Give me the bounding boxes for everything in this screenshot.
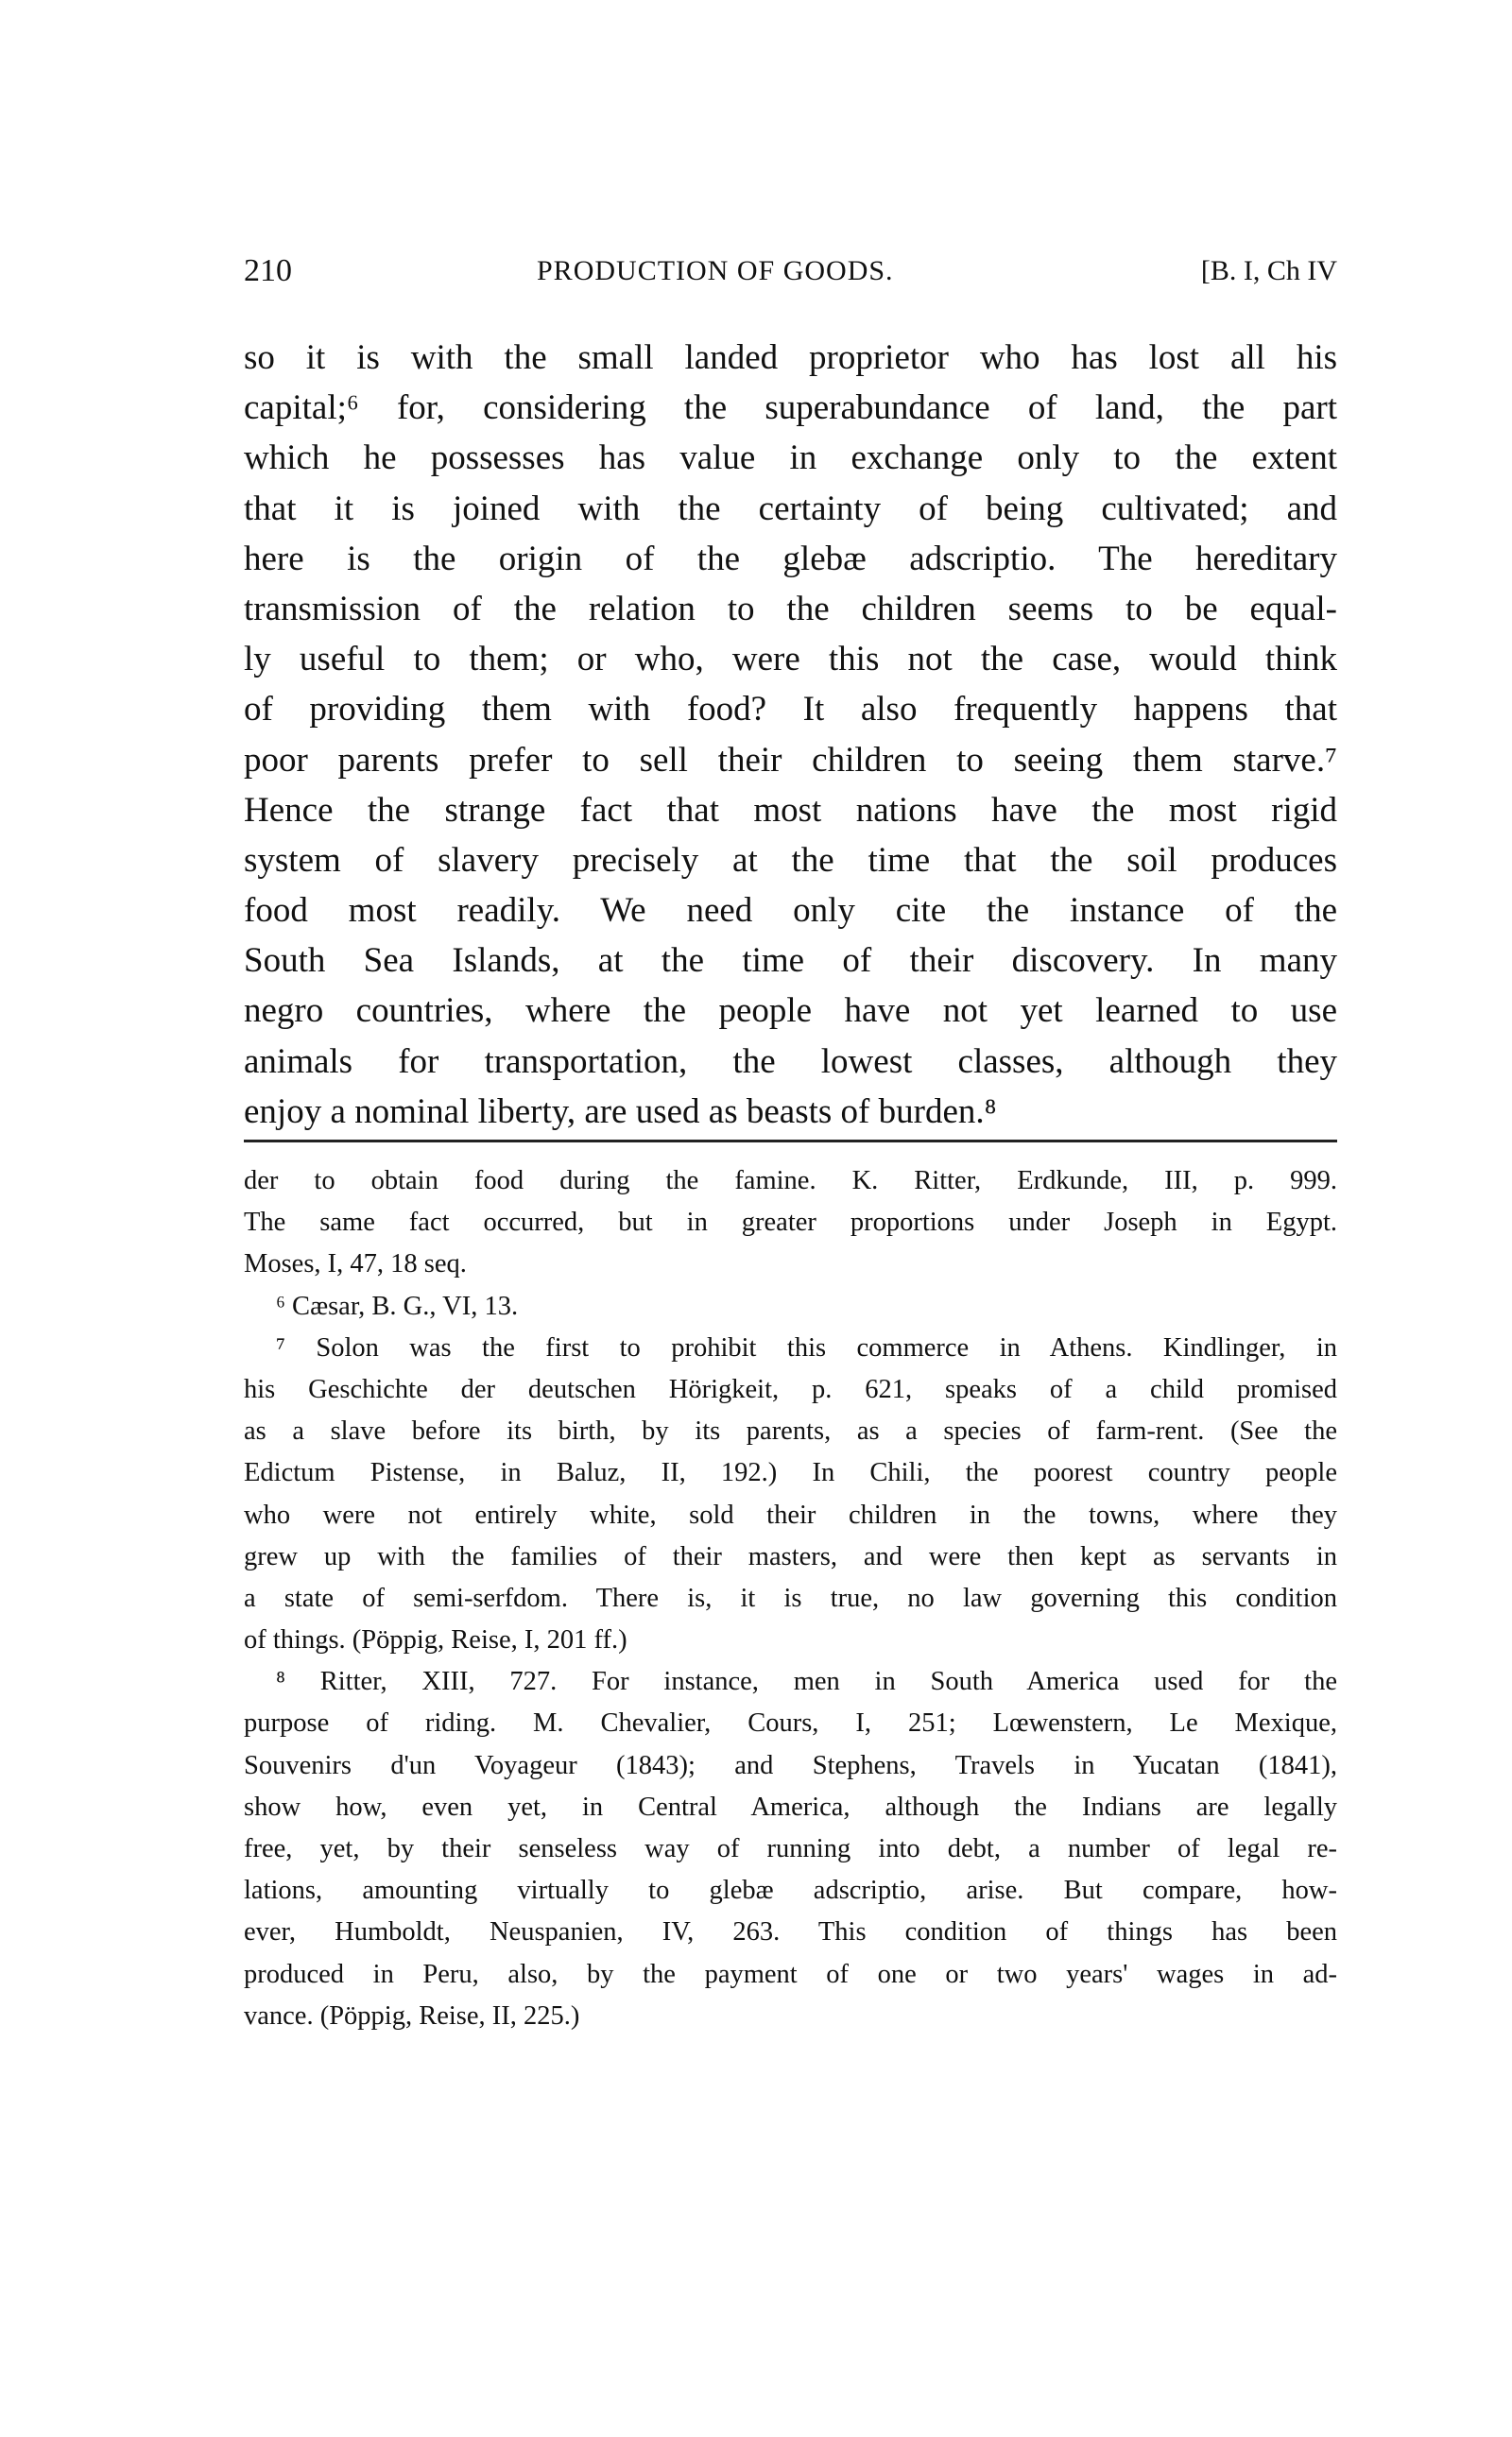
footnote-line: of things. (Pöppig, Reise, I, 201 ff.) bbox=[244, 1620, 1337, 1661]
footnote-line: as a slave before its birth, by its pare… bbox=[244, 1411, 1337, 1452]
body-text: so it is with the small landed proprieto… bbox=[244, 333, 1337, 1137]
footnote-line: purpose of riding. M. Chevalier, Cours, … bbox=[244, 1703, 1337, 1744]
running-header: 210 PRODUCTION OF GOODS. [B. I, Ch IV bbox=[244, 253, 1337, 295]
body-line: system of slavery precisely at the time … bbox=[244, 835, 1337, 885]
footnote-line: vance. (Pöppig, Reise, II, 225.) bbox=[244, 1996, 1337, 2037]
footnote-7: ⁷ Solon was the first to prohibit this c… bbox=[244, 1328, 1337, 1369]
footnote-8: ⁸ Ritter, XIII, 727. For instance, men i… bbox=[244, 1661, 1337, 1703]
body-line: food most readily. We need only cite the… bbox=[244, 885, 1337, 935]
body-line: of providing them with food? It also fre… bbox=[244, 684, 1337, 734]
body-line: transmission of the relation to the chil… bbox=[244, 584, 1337, 634]
body-line: animals for transportation, the lowest c… bbox=[244, 1037, 1337, 1087]
footnote-line: grew up with the families of their maste… bbox=[244, 1536, 1337, 1578]
footnote-line: ever, Humboldt, Neuspanien, IV, 263. Thi… bbox=[244, 1912, 1337, 1953]
body-line: negro countries, where the people have n… bbox=[244, 986, 1337, 1036]
footnote-line: a state of semi-serfdom. There is, it is… bbox=[244, 1578, 1337, 1620]
body-line: ly useful to them; or who, were this not… bbox=[244, 634, 1337, 684]
running-title: PRODUCTION OF GOODS. bbox=[537, 255, 894, 287]
body-line: poor parents prefer to sell their childr… bbox=[244, 735, 1337, 785]
footnote-line: produced in Peru, also, by the payment o… bbox=[244, 1954, 1337, 1996]
footnote-line: who were not entirely white, sold their … bbox=[244, 1495, 1337, 1536]
footnote-line: The same fact occurred, but in greater p… bbox=[244, 1202, 1337, 1244]
body-line: which he possesses has value in exchange… bbox=[244, 433, 1337, 483]
section-marker: [B. I, Ch IV bbox=[1201, 255, 1337, 287]
footnote-line: free, yet, by their senseless way of run… bbox=[244, 1828, 1337, 1870]
footnote-line: der to obtain food during the famine. K.… bbox=[244, 1160, 1337, 1202]
body-line: South Sea Islands, at the time of their … bbox=[244, 935, 1337, 986]
page-number: 210 bbox=[244, 253, 292, 289]
footnote-line: his Geschichte der deutschen Hörigkeit, … bbox=[244, 1369, 1337, 1411]
footnote-6: ⁶ Cæsar, B. G., VI, 13. bbox=[244, 1286, 1337, 1328]
body-line: enjoy a nominal liberty, are used as bea… bbox=[244, 1087, 1337, 1137]
body-line: here is the origin of the glebæ adscript… bbox=[244, 534, 1337, 584]
footnotes: der to obtain food during the famine. K.… bbox=[244, 1160, 1337, 2037]
body-line: so it is with the small landed proprieto… bbox=[244, 333, 1337, 383]
footnote-line: Edictum Pistense, in Baluz, II, 192.) In… bbox=[244, 1452, 1337, 1494]
footnote-line: show how, even yet, in Central America, … bbox=[244, 1787, 1337, 1828]
footnote-line: Souvenirs d'un Voyageur (1843); and Step… bbox=[244, 1745, 1337, 1787]
body-line: capital;⁶ for, considering the superabun… bbox=[244, 383, 1337, 433]
footnote-line: lations, amounting virtually to glebæ ad… bbox=[244, 1870, 1337, 1912]
footnote-line: Moses, I, 47, 18 seq. bbox=[244, 1244, 1337, 1285]
body-line: that it is joined with the certainty of … bbox=[244, 484, 1337, 534]
body-line: Hence the strange fact that most nations… bbox=[244, 785, 1337, 835]
footnote-divider bbox=[244, 1140, 1337, 1142]
